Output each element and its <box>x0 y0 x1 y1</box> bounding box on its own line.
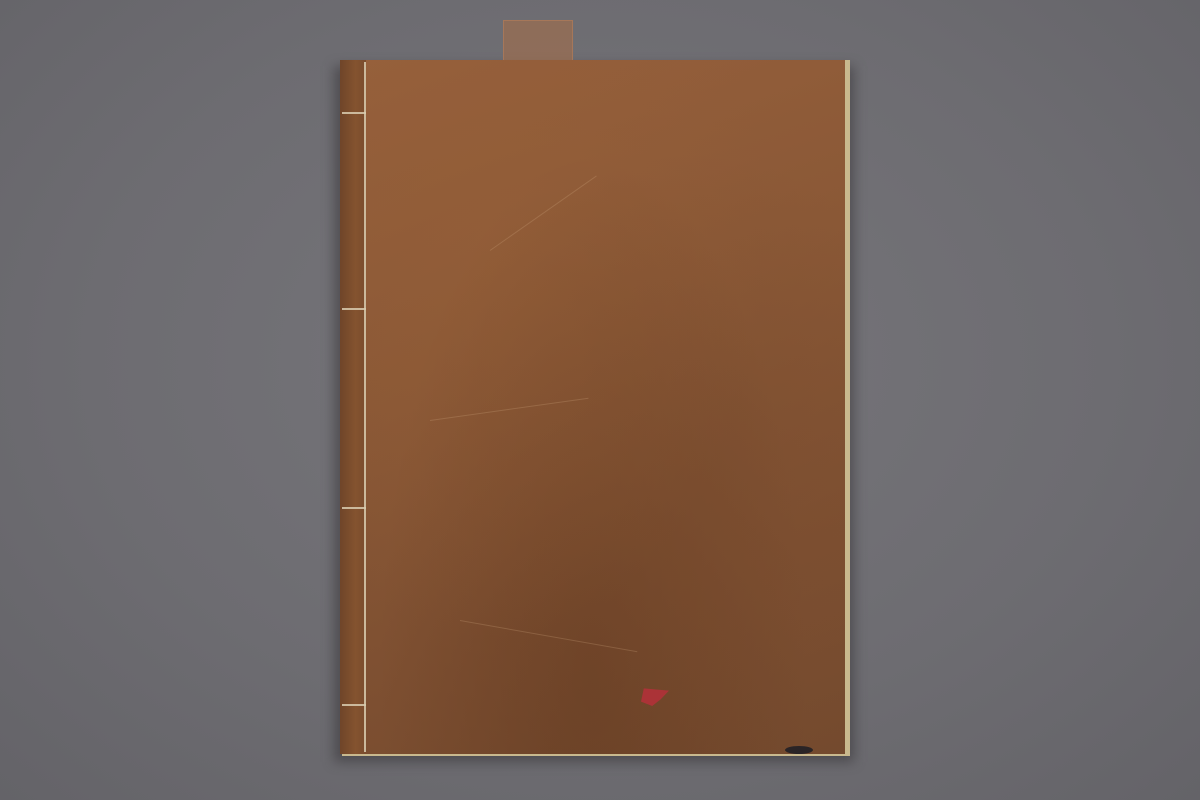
stitch <box>342 308 366 310</box>
binding-thread <box>364 62 366 752</box>
scratch <box>460 620 637 652</box>
scratch <box>490 176 597 251</box>
book-spine <box>340 60 366 754</box>
ink-smudge <box>785 746 813 754</box>
book-cover <box>340 60 845 754</box>
stitch <box>342 112 366 114</box>
stitch <box>342 507 366 509</box>
scratch <box>430 398 589 421</box>
stitch <box>342 704 366 706</box>
